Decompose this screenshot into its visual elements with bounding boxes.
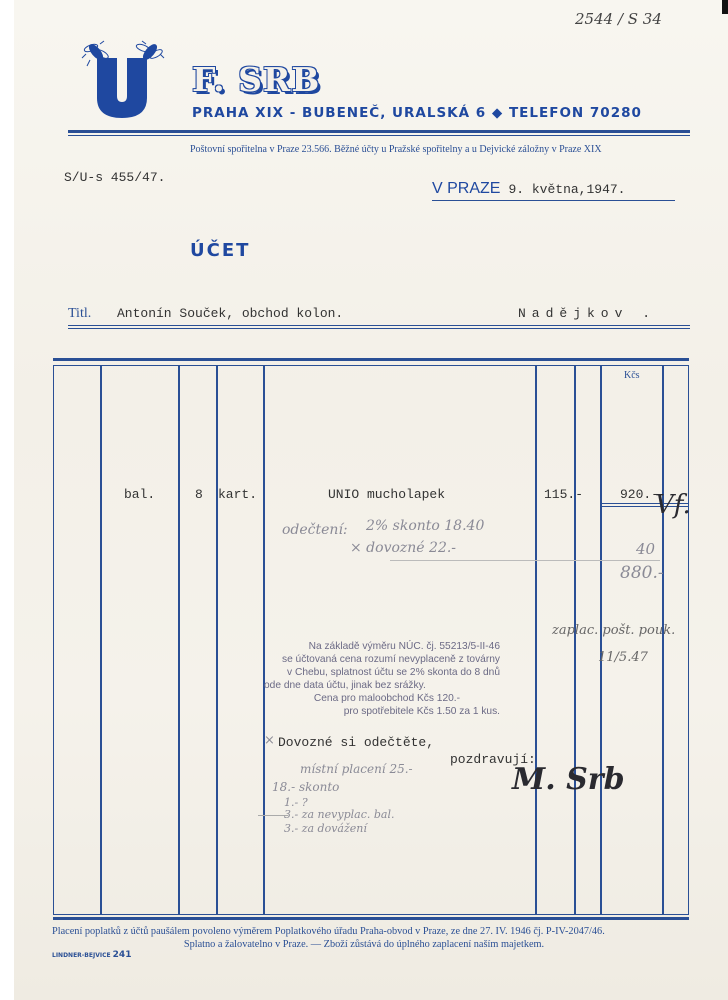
handwritten-net-total: 880.- bbox=[620, 563, 664, 583]
freight-note: Dovozné si odečtěte, bbox=[278, 735, 434, 750]
footer-payment-terms: Splatno a žalovatelno v Praze. — Zboží z… bbox=[0, 939, 728, 950]
row-description: UNIO mucholapek bbox=[328, 487, 445, 502]
archive-number: 2544 / S 34 bbox=[575, 10, 662, 28]
customer-rule-2 bbox=[68, 328, 690, 329]
document-reference: S/U-s 455/47. bbox=[64, 170, 165, 185]
table-top-rule bbox=[53, 358, 689, 361]
handwritten-side-note: místní placení 25.- bbox=[300, 762, 413, 776]
column-divider bbox=[535, 365, 537, 915]
stamp-line: se účtovaná cena rozumí nevyplaceně z to… bbox=[264, 653, 500, 666]
column-divider bbox=[178, 365, 180, 915]
bank-details: Poštovní spořitelna v Praze 23.566. Běžn… bbox=[190, 144, 602, 155]
handwritten-side-note: 18.- skonto bbox=[272, 780, 339, 794]
customer-place: Nadějkov . bbox=[518, 306, 656, 321]
column-divider bbox=[216, 365, 218, 915]
column-divider bbox=[100, 365, 102, 915]
date-value: 9. května,1947. bbox=[508, 182, 625, 197]
header-rule-thick bbox=[68, 130, 690, 133]
printer-name: LINDNER-BEJVICE bbox=[52, 952, 111, 959]
titl-label: Titl. bbox=[68, 306, 91, 322]
x-mark: × bbox=[264, 733, 275, 748]
row-unit: bal. bbox=[124, 487, 155, 502]
stamp-line: v Chebu, splatnost účtu se 2% skonta do … bbox=[264, 666, 500, 679]
handwritten-sum-line bbox=[390, 560, 660, 561]
printer-mark: LINDNER-BEJVICE 241 bbox=[52, 950, 131, 960]
date-underline bbox=[432, 200, 675, 201]
row-unit-price: 115.- bbox=[544, 487, 583, 502]
document-title: ÚČET bbox=[190, 240, 250, 261]
handwritten-side-note: 3.- za dovážení bbox=[284, 822, 367, 835]
date-prefix: V PRAZE bbox=[432, 180, 500, 197]
row-amount: 920.- bbox=[620, 487, 659, 502]
customer-rule-1 bbox=[68, 325, 690, 326]
handwritten-check: Vf. bbox=[655, 490, 691, 520]
table-bottom-rule bbox=[53, 917, 689, 920]
customer-name: Antonín Souček, obchod kolon. bbox=[117, 306, 343, 321]
column-divider bbox=[574, 365, 576, 915]
stamp-line: Na základě výměru NÚC. čj. 55213/5-II-46 bbox=[264, 640, 500, 653]
currency-header: Kčs bbox=[624, 370, 640, 381]
row-quantity: 8 bbox=[195, 487, 203, 502]
company-address: PRAHA XIX - BUBENEČ, URALSKÁ 6 ◆ TELEFON… bbox=[192, 105, 642, 121]
handwritten-deduction-2: × dovozné 22.- bbox=[350, 540, 456, 556]
stamp-line: Cena pro maloobchod Kčs 120.- bbox=[264, 692, 500, 705]
handwritten-deduction-total: 40 bbox=[636, 540, 655, 558]
date-line: V PRAZE9. května,1947. bbox=[432, 180, 626, 198]
column-divider bbox=[600, 365, 602, 915]
price-stamp: Na základě výměru NÚC. čj. 55213/5-II-46… bbox=[264, 640, 500, 718]
handwritten-deduction-label: odečtení: bbox=[282, 522, 348, 538]
company-name: F. SRB bbox=[192, 60, 320, 99]
row-package: kart. bbox=[218, 487, 257, 502]
flies-logo-icon bbox=[80, 40, 180, 120]
footer-fee-note: Placení poplatků z účtů paušálem povolen… bbox=[52, 926, 605, 937]
handwritten-payment-date: 11/5.47 bbox=[598, 650, 648, 665]
handwritten-payment-note: zaplac. pošt. pouk. bbox=[552, 623, 675, 638]
stamp-line: pro spotřebitele Kčs 1.50 za 1 kus. bbox=[264, 705, 500, 718]
handwritten-deduction-1: 2% skonto 18.40 bbox=[366, 518, 484, 534]
column-divider bbox=[662, 365, 664, 915]
header-rule-thin bbox=[68, 135, 690, 136]
scan-margin bbox=[0, 0, 14, 1000]
signature: M. Srb bbox=[512, 762, 625, 797]
scan-corner bbox=[722, 0, 728, 14]
printer-number: 241 bbox=[113, 950, 132, 960]
stamp-line: ode dne data účtu, jinak bez srážky. bbox=[264, 679, 500, 692]
handwritten-side-note: 3.- za nevyplac. bal. bbox=[284, 808, 394, 821]
